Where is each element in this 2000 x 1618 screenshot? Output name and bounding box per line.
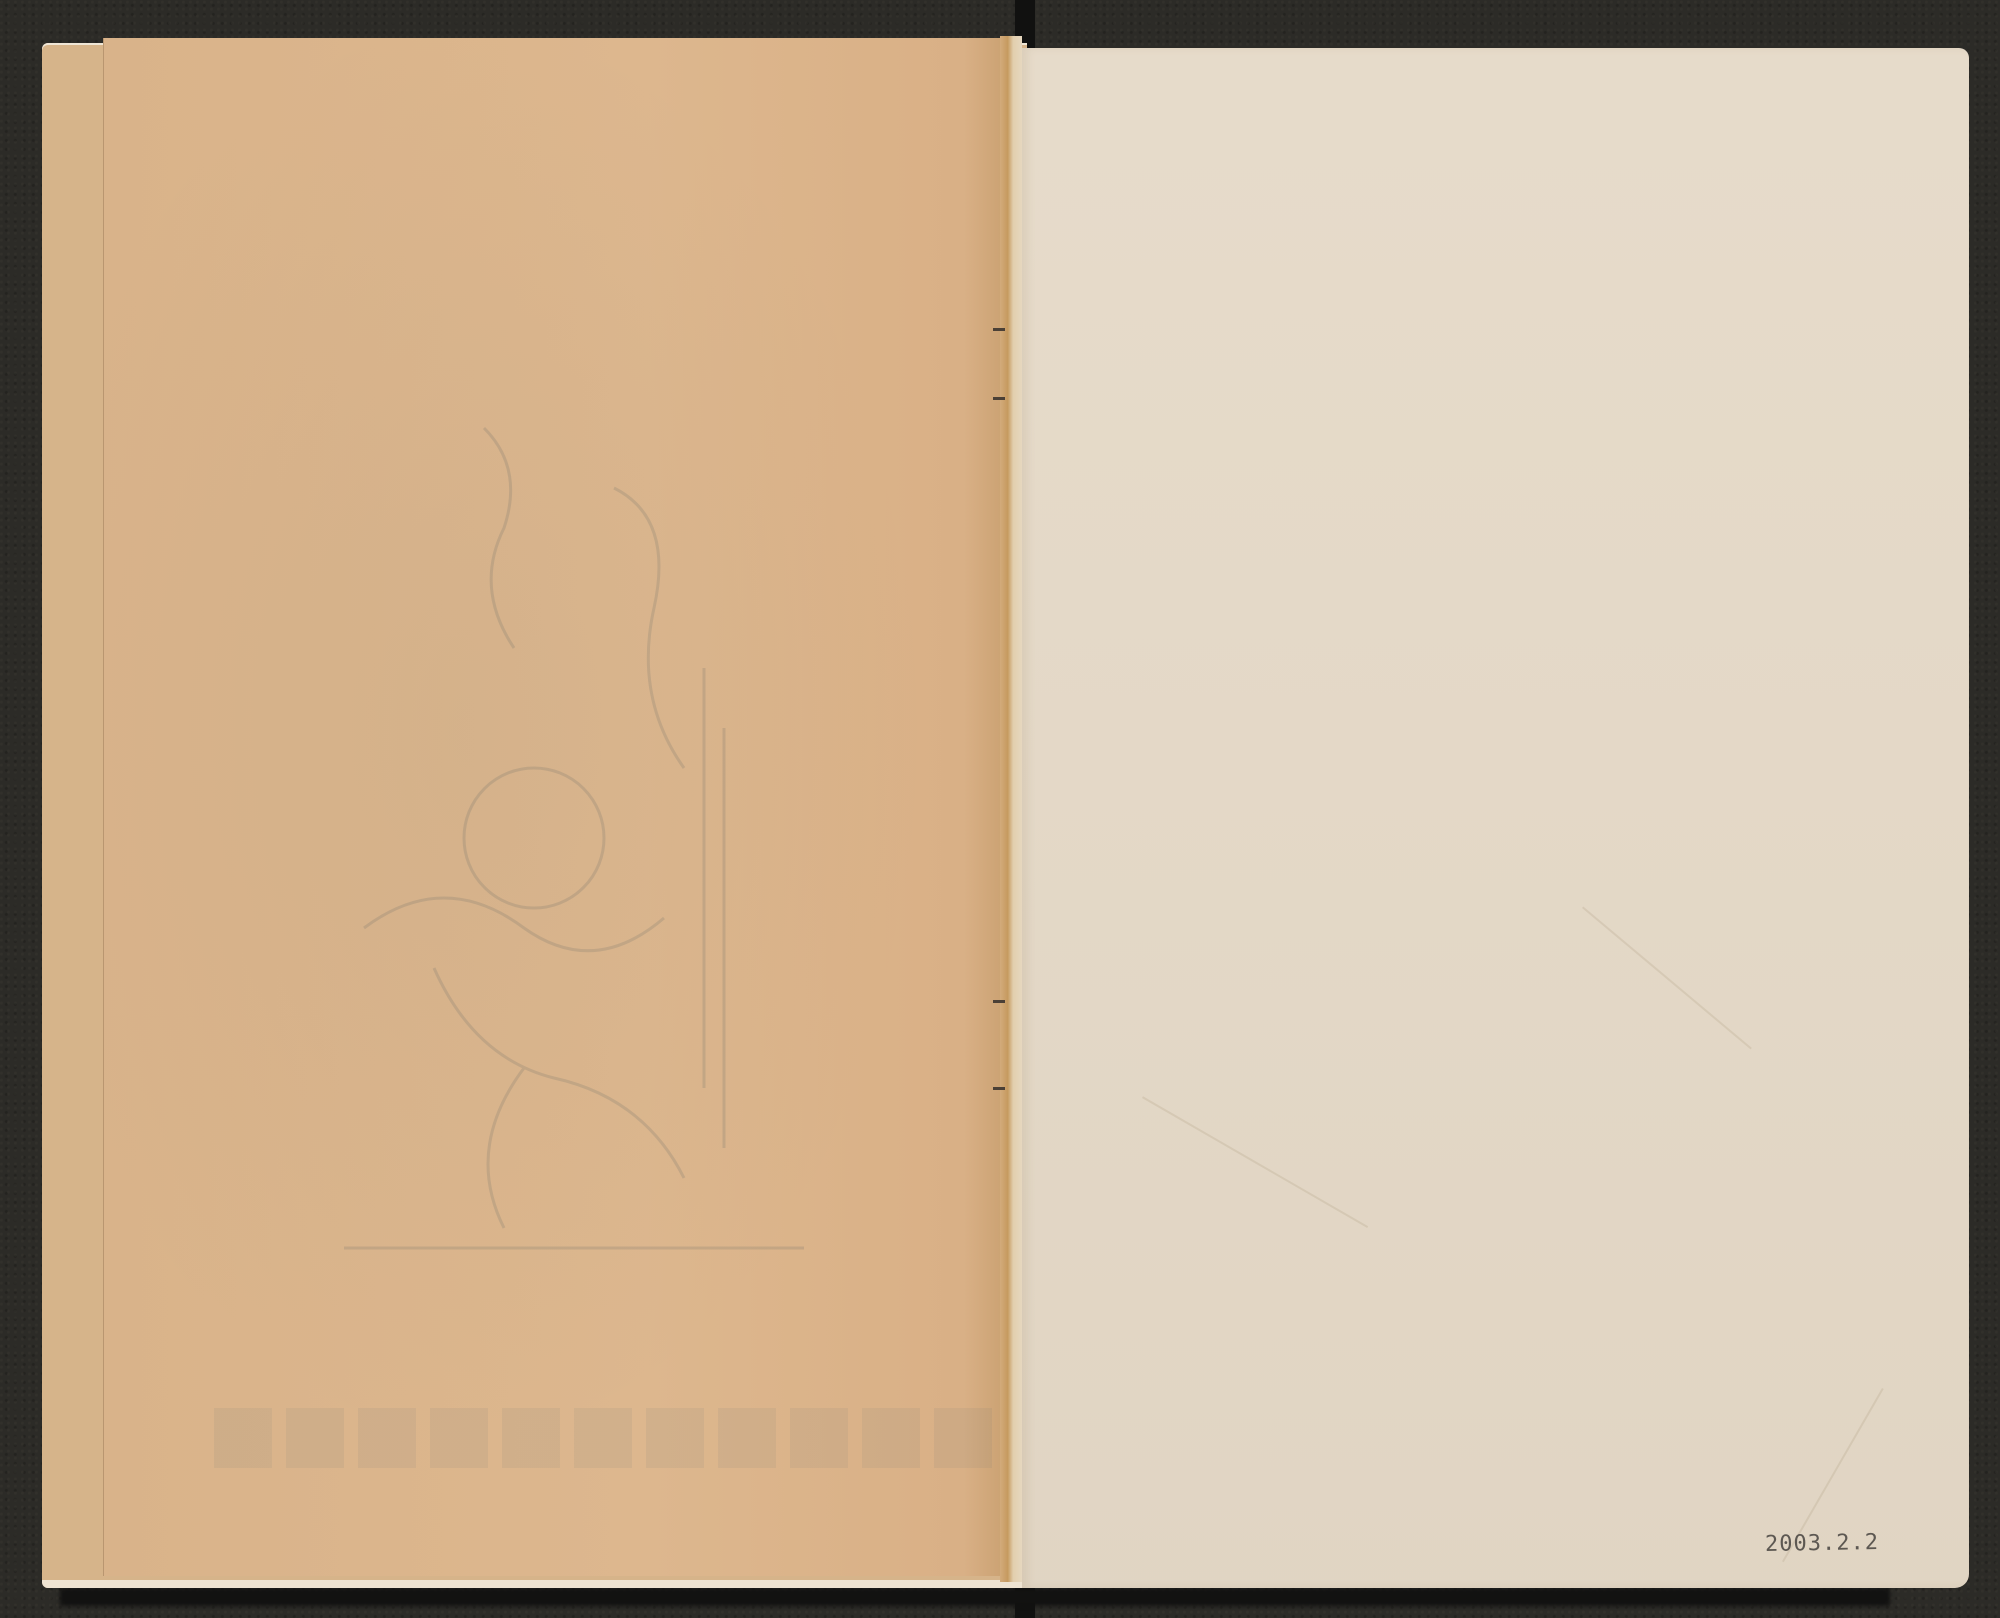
paper-crease xyxy=(1142,1096,1368,1228)
staple-mark xyxy=(993,1087,1005,1090)
accession-number: 2003.2.2 xyxy=(1765,1530,1879,1557)
show-through-title xyxy=(214,1408,1014,1468)
right-page: 2003.2.2 xyxy=(1022,48,1969,1588)
spine-fold xyxy=(1000,36,1022,1582)
booklet-shadow xyxy=(60,1588,1890,1606)
staple-mark xyxy=(993,397,1005,400)
staple-mark xyxy=(993,1000,1005,1003)
paper-crease xyxy=(1582,906,1752,1049)
left-page xyxy=(104,38,1009,1576)
scan-backdrop: 2003.2.2 xyxy=(0,0,2000,1618)
show-through-illustration xyxy=(284,368,844,1268)
staple-mark xyxy=(993,328,1005,331)
